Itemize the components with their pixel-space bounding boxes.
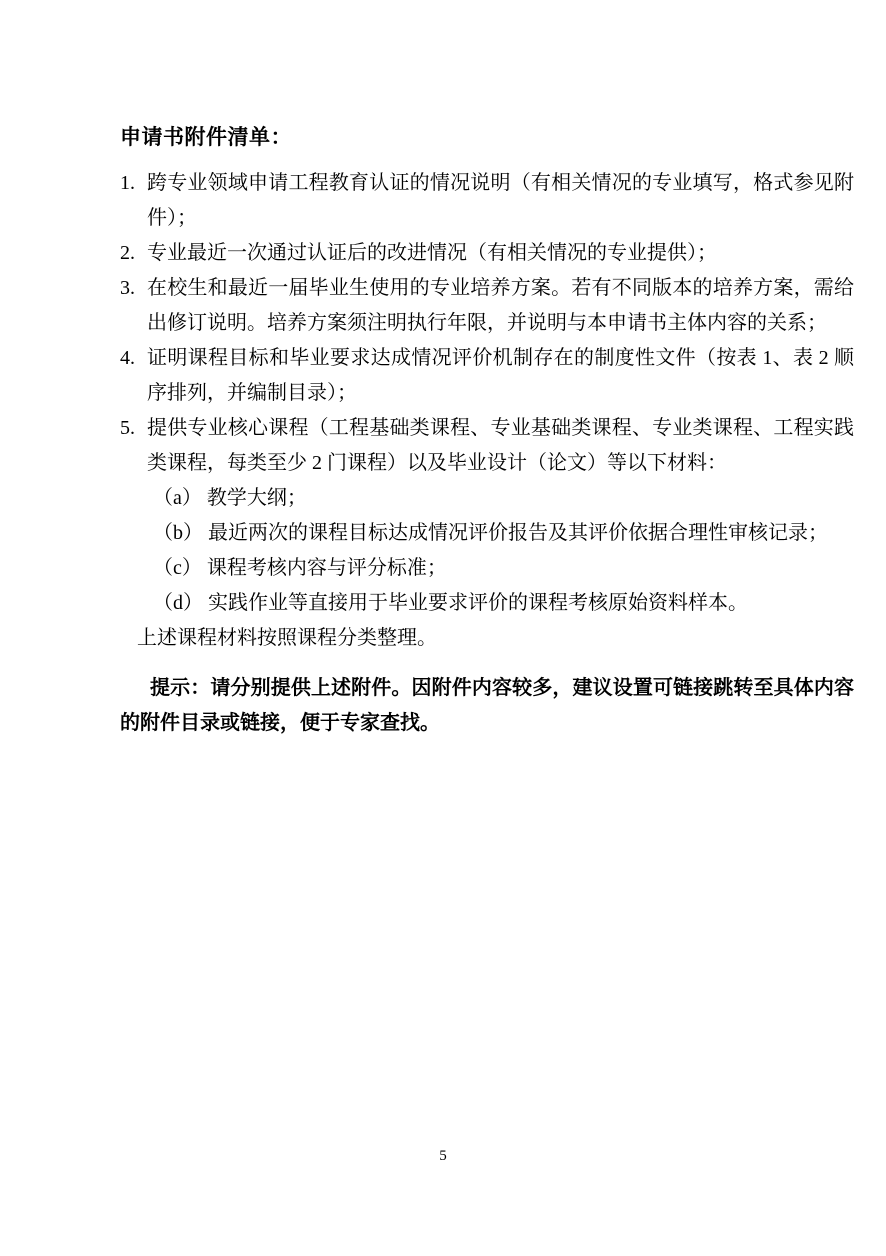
list-item-number: 3.: [120, 271, 147, 341]
sub-item-text: 最近两次的课程目标达成情况评价报告及其评价依据合理性审核记录；: [208, 522, 828, 544]
sub-item-label: （b）: [153, 522, 203, 544]
sub-item-label: （c）: [153, 557, 202, 579]
list-item-2: 2. 专业最近一次通过认证后的改进情况（有相关情况的专业提供）；: [120, 236, 854, 271]
sub-list-item-d: （d）实践作业等直接用于毕业要求评价的课程考核原始资料样本。: [120, 586, 854, 621]
list-item-number: 5.: [120, 411, 147, 481]
sub-item-text: 课程考核内容与评分标准；: [207, 557, 447, 579]
sub-item-text: 实践作业等直接用于毕业要求评价的课程考核原始资料样本。: [208, 592, 748, 614]
sub-item-text: 教学大纲；: [207, 487, 307, 509]
list-item-3: 3. 在校生和最近一届毕业生使用的专业培养方案。若有不同版本的培养方案，需给出修…: [120, 271, 854, 341]
list-item-text: 跨专业领域申请工程教育认证的情况说明（有相关情况的专业填写，格式参见附件）；: [147, 166, 854, 236]
sub-list-item-b: （b）最近两次的课程目标达成情况评价报告及其评价依据合理性审核记录；: [120, 516, 854, 551]
sub-list-item-c: （c）课程考核内容与评分标准；: [120, 551, 854, 586]
list-item-4: 4. 证明课程目标和毕业要求达成情况评价机制存在的制度性文件（按表 1、表 2 …: [120, 341, 854, 411]
sub-item-label: （d）: [153, 592, 203, 614]
list-item-1: 1. 跨专业领域申请工程教育认证的情况说明（有相关情况的专业填写，格式参见附件）…: [120, 166, 854, 236]
page-content: 申请书附件清单： 1. 跨专业领域申请工程教育认证的情况说明（有相关情况的专业填…: [120, 123, 854, 741]
tip-paragraph: 提示：请分别提供上述附件。因附件内容较多，建议设置可链接跳转至具体内容的附件目录…: [120, 671, 854, 741]
list-item-text: 证明课程目标和毕业要求达成情况评价机制存在的制度性文件（按表 1、表 2 顺序排…: [147, 341, 854, 411]
list-item-number: 2.: [120, 236, 147, 271]
list-item-text: 专业最近一次通过认证后的改进情况（有相关情况的专业提供）；: [147, 236, 854, 271]
attachment-list: 1. 跨专业领域申请工程教育认证的情况说明（有相关情况的专业填写，格式参见附件）…: [120, 166, 854, 656]
page-number: 5: [0, 1146, 886, 1166]
closing-note: 上述课程材料按照课程分类整理。: [120, 621, 854, 656]
sub-item-label: （a）: [153, 487, 202, 509]
document-page: 申请书附件清单： 1. 跨专业领域申请工程教育认证的情况说明（有相关情况的专业填…: [0, 0, 886, 1256]
list-item-text: 提供专业核心课程（工程基础类课程、专业基础类课程、专业类课程、工程实践类课程，每…: [147, 411, 854, 481]
page-title: 申请书附件清单：: [120, 123, 854, 153]
list-item-5: 5. 提供专业核心课程（工程基础类课程、专业基础类课程、专业类课程、工程实践类课…: [120, 411, 854, 481]
list-item-number: 4.: [120, 341, 147, 411]
list-item-number: 1.: [120, 166, 147, 236]
list-item-text: 在校生和最近一届毕业生使用的专业培养方案。若有不同版本的培养方案，需给出修订说明…: [147, 271, 854, 341]
sub-list-item-a: （a）教学大纲；: [120, 481, 854, 516]
